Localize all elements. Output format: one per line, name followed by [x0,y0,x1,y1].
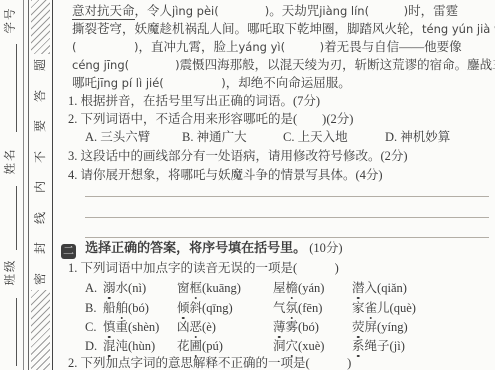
option-word: 薄雾(bó) [273,318,352,336]
option-word: 系绳子(jì) [352,337,491,355]
text-segment: 着无畏与自信——他要像 [324,40,462,54]
option-word: 洞穴(xuè) [273,337,352,355]
option-letter: D. [85,337,103,355]
answer-line [85,237,489,238]
question-3: 3. 这段话中的画线部分有一处语病，请用修改符号修改。(2分) [68,147,408,165]
seal-strip-text: 题答要不内线封密 [29,58,52,286]
underlined-segment: 意对抗天命 [72,4,135,20]
text-segment: 时，雷霆 [408,4,458,18]
seal-char: 封 [33,242,47,254]
exam-sheet: 学号 姓名 班级 题答要不内线封密 意对抗天命，令人jìng pèi( )。天劫… [0,0,495,370]
class-blank-line [16,298,17,366]
text-segment: 震慑四海那般，以混天绫为刃，斩断这荒谬的宿命。鏖战三日， [180,58,495,72]
option-word: 混沌(hùn) [103,337,177,355]
student-name-text: 姓名 [1,148,17,175]
option-row: D.混沌(hùn)花圃(pú)洞穴(xuè)系绳子(jì) [85,337,491,355]
main-content: 意对抗天命，令人jìng pèi( )。天劫咒jiàng lín( )时，雷霆撕… [68,0,495,370]
text-segment: ，却绝不向命运屈服。 [226,76,351,90]
fold-line [23,0,24,370]
pinyin-segment: jiàng lín( ) [319,4,408,18]
option-word: 船舶(bó) [103,299,177,317]
option-row: C.慎重(shèn)凶恶(è)薄雾(bó)荧屏(yíng) [85,318,491,336]
seal-char: 密 [33,273,47,285]
pinyin-segment: téng yún jià wù [422,22,495,36]
passage-line: 撕裂苍穹，妖魔趁机祸乱人间。哪吒取下乾坤圈，脚踏风火轮，téng yún jià… [72,20,481,38]
student-name-label: 姓名 [0,140,18,182]
student-name-blank-line [16,186,17,250]
question-1: 1. 根据拼音，在括号里写出正确的词语。(7分) [68,92,320,110]
option-word: 慎重(shèn) [103,318,177,336]
option-row: A.溺水(nì)窗框(kuāng)屋檐(yán)潜入(qiǎn) [85,279,491,297]
passage-line: 意对抗天命，令人jìng pèi( )。天劫咒jiàng lín( )时，雷霆 [72,2,481,20]
option: B. 神通广大 [182,128,283,146]
option-word: 家雀儿(què) [352,299,491,317]
pinyin-segment: céng jīng( ) [72,58,180,72]
text-segment: ，令人 [135,4,173,18]
option-word: 潜入(qiǎn) [352,279,491,297]
text-segment: ，直冲九霄，脸上 [138,40,238,54]
text-segment: 哪吒 [72,76,97,90]
class-text: 班级 [1,259,17,286]
answer-line [85,196,489,197]
passage-line: céng jīng( )震慑四海那般，以混天绫为刃，斩断这荒谬的宿命。鏖战三日， [72,56,481,74]
option-row: B.船舶(bó)倾斜(qīng)气氛(fēn)家雀儿(què) [85,299,491,317]
option-word: 溺水(nì) [103,279,177,297]
hatch-bottom [31,290,50,370]
option-word: 窗框(kuāng) [177,279,273,297]
passage-line: 哪吒jīng pí lì jié( )，却绝不向命运屈服。 [72,74,481,92]
option-word: 倾斜(qīng) [177,299,273,317]
section2-score: (10分) [309,241,342,255]
text-segment: 撕裂苍穹，妖魔趁机祸乱人间。哪吒取下乾坤圈，脚踏风火轮， [72,22,422,36]
passage-line: ( )，直冲九霄，脸上yáng yì( )着无畏与自信——他要像 [72,38,481,56]
option: C. 上天入地 [283,128,385,146]
question-2: 2. 下列词语中，不适合用来形容哪吒的是( )(2分) [68,110,353,128]
option-letter: B. [85,299,103,317]
option-word: 荧屏(yíng) [352,318,491,336]
student-number-label: 学号 [0,2,18,38]
option-word: 屋檐(yán) [273,279,352,297]
class-label: 班级 [0,250,18,294]
student-number-text: 学号 [1,7,17,34]
pinyin-segment: ( ) [72,40,138,54]
section2-badge: 二 [61,244,76,259]
pinyin-segment: jīng pí lì jié( ) [97,76,226,90]
option-letter: C. [85,318,103,336]
seal-char: 线 [33,212,47,224]
hatch-top [31,0,50,54]
section2-question-1: 1. 下列词语中加点字的读音无误的一项是( ) [68,259,339,277]
section2-title: 选择正确的答案，将序号填在括号里。 [85,240,306,255]
seal-char: 不 [33,151,47,163]
student-number-blank-line [16,44,17,132]
seal-char: 要 [33,120,47,132]
option: D. 神机妙算 [385,128,491,146]
pinyin-segment: jìng pèi( ) [172,4,269,18]
question-4: 4. 请你展开想象，将哪吒与妖魔斗争的情景写具体。(4分) [68,166,383,184]
seal-char: 内 [33,181,47,193]
left-margin: 学号 姓名 班级 题答要不内线封密 [0,0,68,370]
option-word: 花圃(pú) [177,337,273,355]
s1-q2-options: A. 三头六臂B. 神通广大C. 上天入地D. 神机妙算 [85,128,491,146]
option-letter: A. [85,279,103,297]
seal-char: 答 [33,90,47,102]
text-segment: 。天劫咒 [269,4,319,18]
seal-strip: 题答要不内线封密 [28,0,53,370]
answer-line [85,217,489,218]
option-word: 凶恶(è) [177,318,273,336]
seal-char: 题 [33,59,47,71]
pinyin-segment: yáng yì( ) [239,40,325,54]
option-word: 气氛(fēn) [273,299,352,317]
section2-header: 二 选择正确的答案，将序号填在括号里。 (10分) [61,239,343,257]
option: A. 三头六臂 [85,128,182,146]
passage: 意对抗天命，令人jìng pèi( )。天劫咒jiàng lín( )时，雷霆撕… [72,2,481,92]
